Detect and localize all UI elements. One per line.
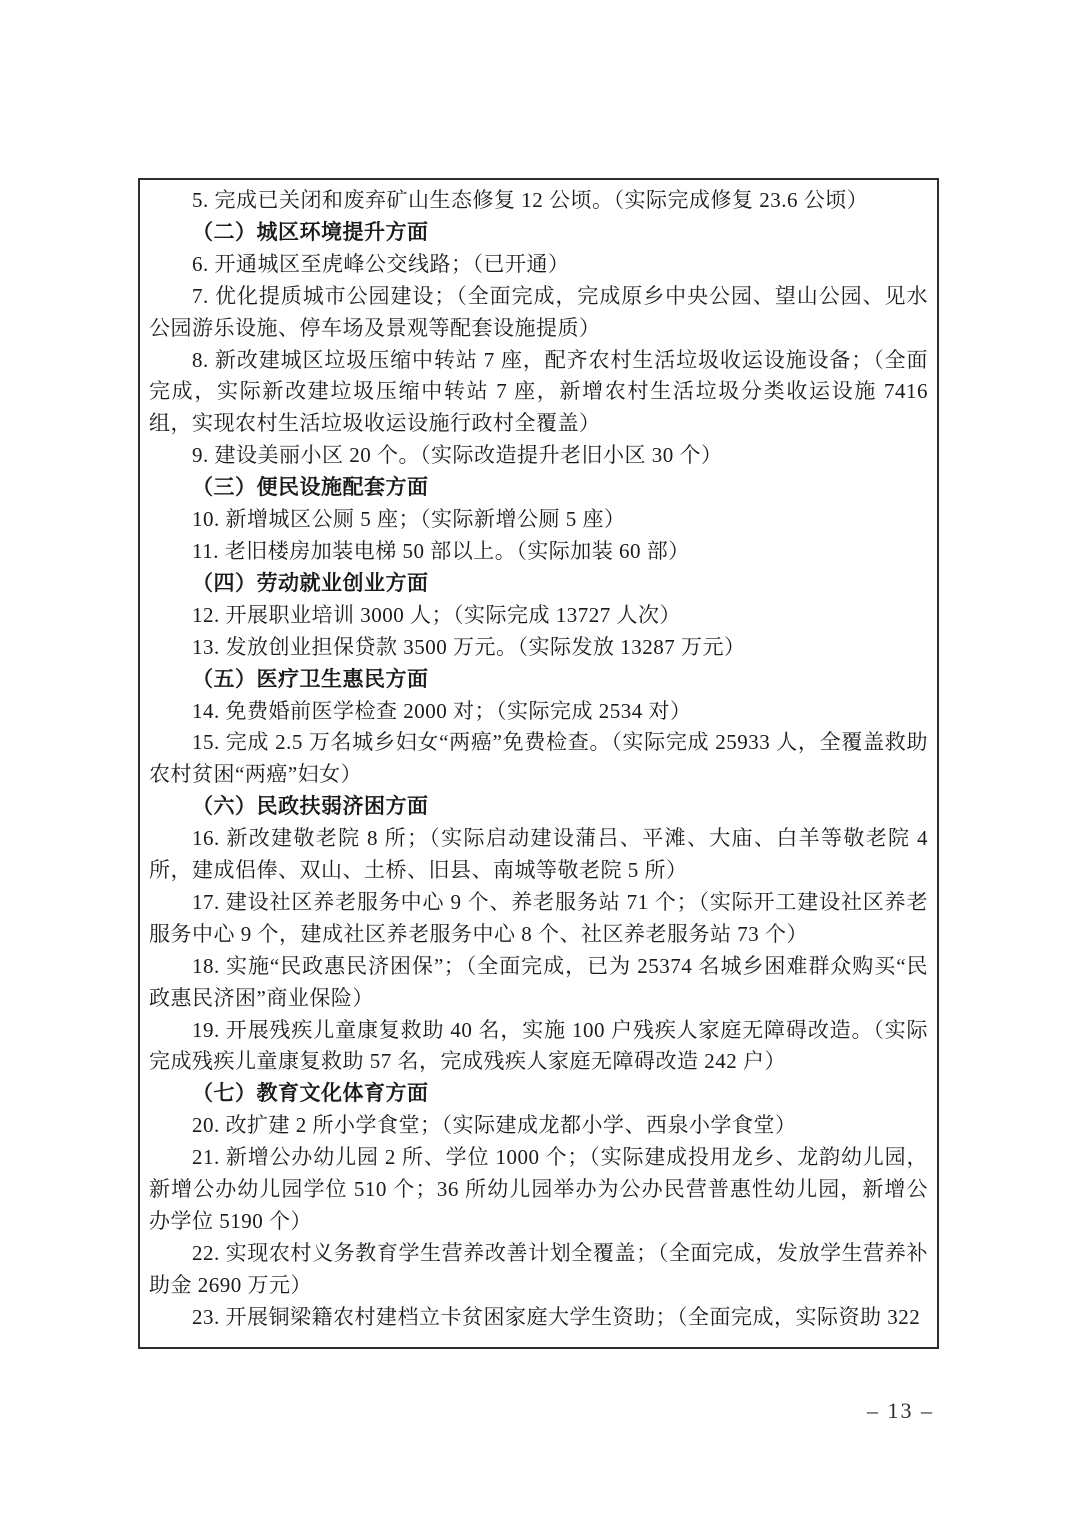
- task-item-9: 9. 建设美丽小区 20 个。（实际改造提升老旧小区 30 个）: [149, 440, 928, 472]
- section-heading-3: （三）便民设施配套方面: [149, 472, 928, 504]
- task-item-8: 8. 新改建城区垃圾压缩中转站 7 座，配齐农村生活垃圾收运设施设备；（全面完成…: [149, 345, 928, 441]
- task-item-23: 23. 开展铜梁籍农村建档立卡贫困家庭大学生资助；（全面完成，实际资助 322: [149, 1302, 928, 1334]
- section-heading-6: （六）民政扶弱济困方面: [149, 791, 928, 823]
- task-item-18: 18. 实施“民政惠民济困保”；（全面完成，已为 25374 名城乡困难群众购买…: [149, 951, 928, 1015]
- task-item-20: 20. 改扩建 2 所小学食堂；（实际建成龙都小学、西泉小学食堂）: [149, 1110, 928, 1142]
- document-text-frame: 5. 完成已关闭和废弃矿山生态修复 12 公顷。（实际完成修复 23.6 公顷）…: [138, 178, 939, 1349]
- task-item-19: 19. 开展残疾儿童康复救助 40 名，实施 100 户残疾人家庭无障碍改造。（…: [149, 1015, 928, 1079]
- task-item-17: 17. 建设社区养老服务中心 9 个、养老服务站 71 个；（实际开工建设社区养…: [149, 887, 928, 951]
- task-item-16: 16. 新改建敬老院 8 所；（实际启动建设蒲吕、平滩、大庙、白羊等敬老院 4 …: [149, 823, 928, 887]
- task-item-10: 10. 新增城区公厕 5 座；（实际新增公厕 5 座）: [149, 504, 928, 536]
- task-item-22: 22. 实现农村义务教育学生营养改善计划全覆盖；（全面完成，发放学生营养补助金 …: [149, 1238, 928, 1302]
- section-heading-5: （五）医疗卫生惠民方面: [149, 664, 928, 696]
- task-item-5: 5. 完成已关闭和废弃矿山生态修复 12 公顷。（实际完成修复 23.6 公顷）: [149, 185, 928, 217]
- section-heading-2: （二）城区环境提升方面: [149, 217, 928, 249]
- task-item-21: 21. 新增公办幼儿园 2 所、学位 1000 个；（实际建成投用龙乡、龙韵幼儿…: [149, 1142, 928, 1238]
- task-item-14: 14. 免费婚前医学检查 2000 对；（实际完成 2534 对）: [149, 696, 928, 728]
- task-item-13: 13. 发放创业担保贷款 3500 万元。（实际发放 13287 万元）: [149, 632, 928, 664]
- task-item-7: 7. 优化提质城市公园建设；（全面完成，完成原乡中央公园、望山公园、见水公园游乐…: [149, 281, 928, 345]
- task-item-11: 11. 老旧楼房加装电梯 50 部以上。（实际加装 60 部）: [149, 536, 928, 568]
- task-item-15: 15. 完成 2.5 万名城乡妇女“两癌”免费检查。（实际完成 25933 人，…: [149, 727, 928, 791]
- section-heading-4: （四）劳动就业创业方面: [149, 568, 928, 600]
- page-number: – 13 –: [853, 1398, 948, 1424]
- section-heading-7: （七）教育文化体育方面: [149, 1078, 928, 1110]
- task-item-12: 12. 开展职业培训 3000 人；（实际完成 13727 人次）: [149, 600, 928, 632]
- document-page: 5. 完成已关闭和废弃矿山生态修复 12 公顷。（实际完成修复 23.6 公顷）…: [0, 0, 1074, 1520]
- task-item-6: 6. 开通城区至虎峰公交线路；（已开通）: [149, 249, 928, 281]
